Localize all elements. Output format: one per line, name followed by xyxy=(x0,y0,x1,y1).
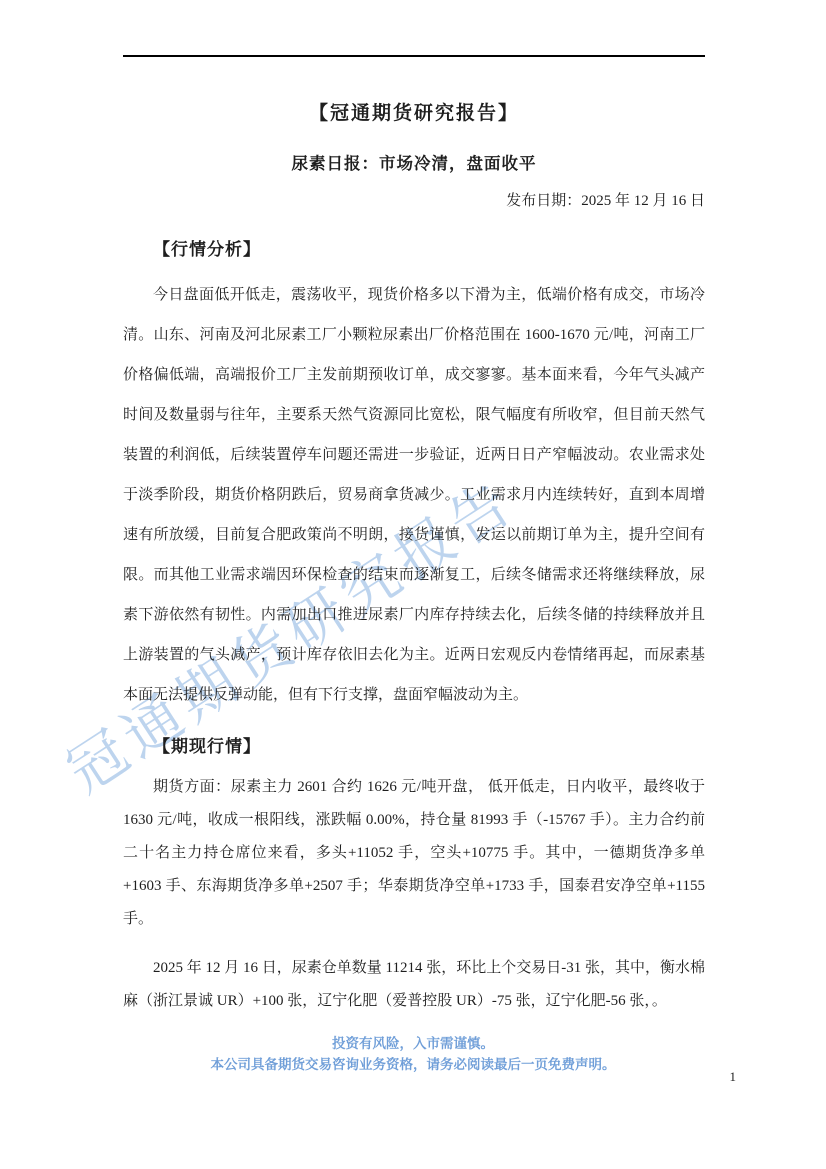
paragraph-warehouse-receipts: 2025 年 12 月 16 日，尿素仓单数量 11214 张，环比上个交易日-… xyxy=(123,952,705,1018)
section-heading-futures-spot: 【期现行情】 xyxy=(123,735,705,759)
section-heading-market-analysis: 【行情分析】 xyxy=(123,238,705,262)
section-futures-spot: 【期现行情】 期货方面：尿素主力 2601 合约 1626 元/吨开盘， 低开低… xyxy=(123,735,705,1018)
document-body: 【冠通期货研究报告】 尿素日报：市场冷清，盘面收平 发布日期：2025 年 12… xyxy=(123,0,705,1018)
page-footer: 投资有风险，入市需谨慎。 本公司具备期货交易咨询业务资格，请务必阅读最后一页免费… xyxy=(0,1033,826,1075)
section-market-analysis: 【行情分析】 今日盘面低开低走，震荡收平，现货价格多以下滑为主，低端价格有成交，… xyxy=(123,238,705,715)
paragraph-market-analysis: 今日盘面低开低走，震荡收平，现货价格多以下滑为主，低端价格有成交，市场冷清。山东… xyxy=(123,275,705,715)
report-subtitle: 尿素日报：市场冷清，盘面收平 xyxy=(123,152,705,175)
publish-date: 发布日期：2025 年 12 月 16 日 xyxy=(123,191,705,212)
risk-warning-text: 投资有风险，入市需谨慎。 xyxy=(0,1033,826,1054)
report-page: 冠通期货研究报告 【冠通期货研究报告】 尿素日报：市场冷清，盘面收平 发布日期：… xyxy=(0,0,826,1169)
paragraph-futures-market: 期货方面：尿素主力 2601 合约 1626 元/吨开盘， 低开低走，日内收平，… xyxy=(123,771,705,936)
disclaimer-notice-text: 本公司具备期货交易咨询业务资格，请务必阅读最后一页免费声明。 xyxy=(0,1054,826,1075)
report-title: 【冠通期货研究报告】 xyxy=(123,100,705,127)
page-number: 1 xyxy=(730,1068,737,1086)
